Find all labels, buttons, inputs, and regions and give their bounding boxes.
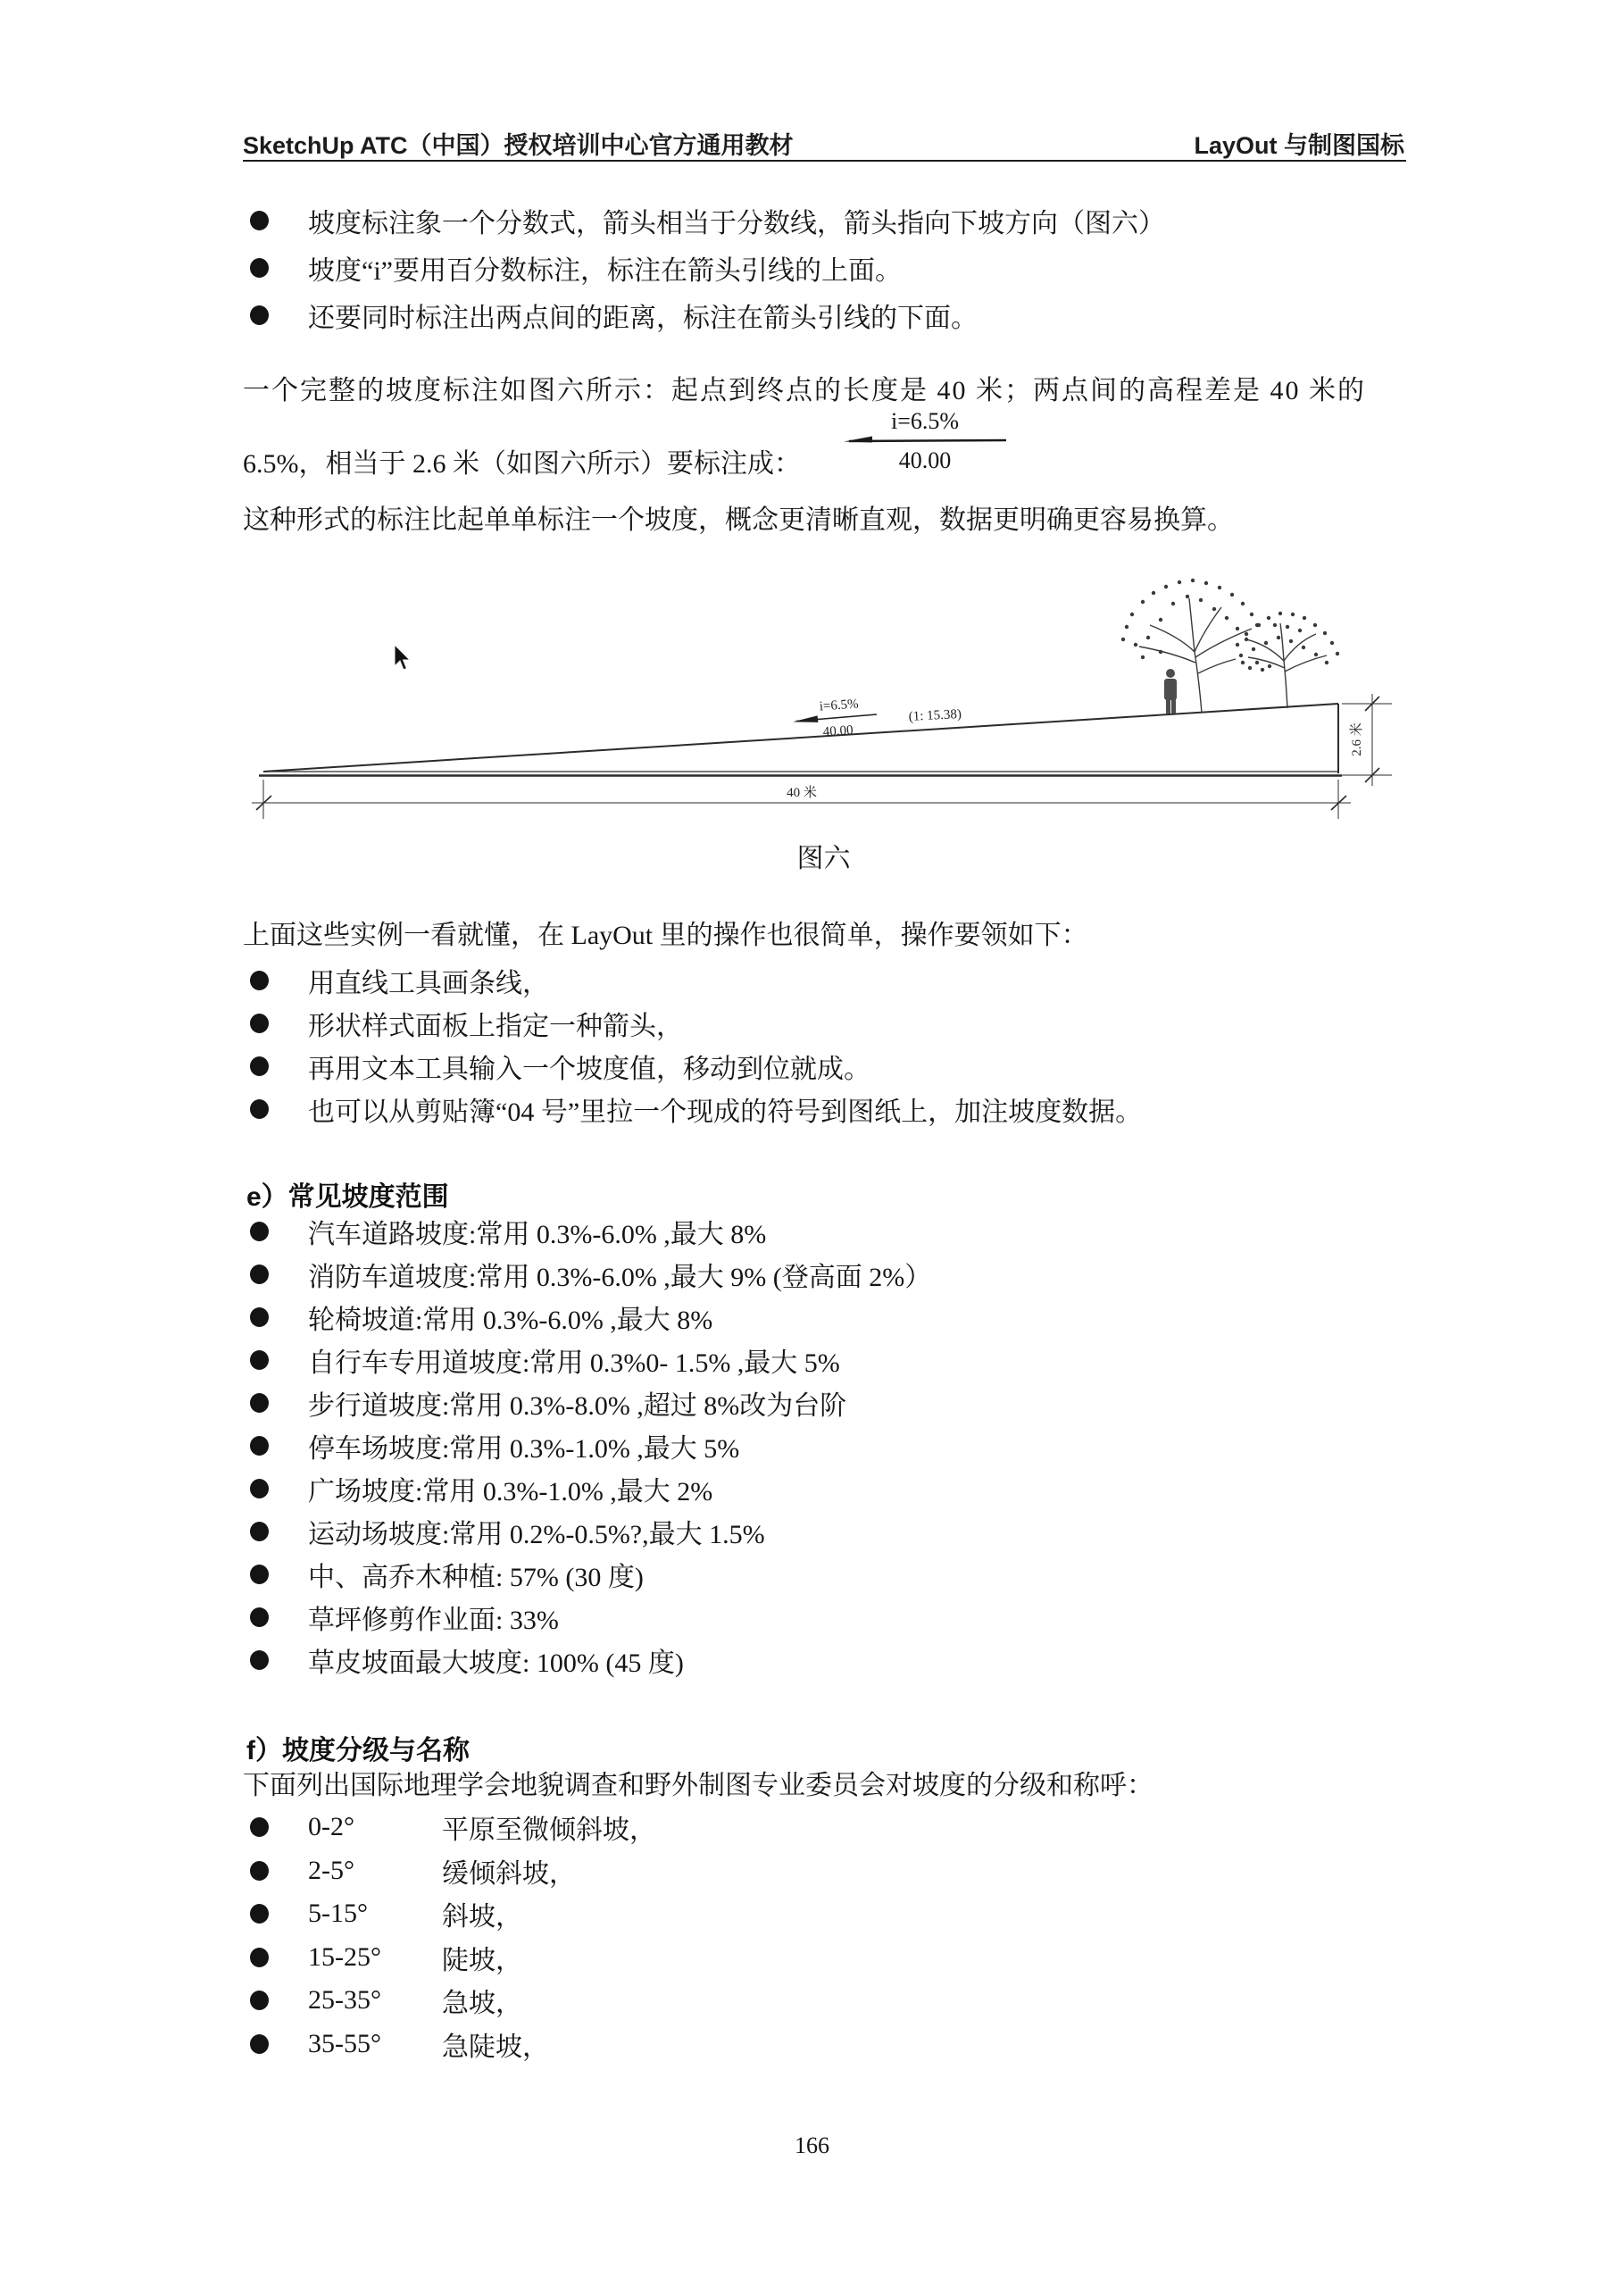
slope-range-item: 汽车道路坡度:常用 0.3%-6.0% ,最大 8% bbox=[243, 1210, 1421, 1253]
height-dimension-label: 2.6 米 bbox=[1349, 722, 1364, 756]
bullet-dot bbox=[250, 211, 269, 230]
slope-annotation-top: i=6.5% bbox=[819, 697, 859, 714]
slope-range-item: 停车场坡度:常用 0.3%-1.0% ,最大 5% bbox=[243, 1424, 1421, 1467]
bullet-dot bbox=[250, 1393, 269, 1413]
list-item-text: 坡度“i”要用百分数标注，标注在箭头引线的上面。 bbox=[308, 248, 902, 288]
bullet-dot bbox=[250, 1099, 269, 1119]
list-item-text: 中、高乔木种植: 57% (30 度) bbox=[308, 1555, 644, 1594]
bullet-dot bbox=[250, 258, 269, 278]
bullet-dot bbox=[250, 1350, 269, 1370]
list-item-text: 还要同时标注出两点间的距离，标注在箭头引线的下面。 bbox=[308, 296, 978, 335]
list-item-text: 自行车专用道坡度:常用 0.3%0- 1.5% ,最大 5% bbox=[308, 1340, 840, 1380]
operations-intro: 上面这些实例一看就懂，在 LayOut 里的操作也很简单，操作要领如下： bbox=[243, 918, 1412, 954]
grade-name: 急坡， bbox=[442, 1981, 522, 2020]
slope-range-item: 自行车专用道坡度:常用 0.3%0- 1.5% ,最大 5% bbox=[243, 1339, 1421, 1381]
bullet-dot bbox=[250, 1436, 269, 1456]
list-item-text: 消防车道坡度:常用 0.3%-6.0% ,最大 9% (登高面 2%） bbox=[308, 1255, 931, 1294]
slope-grade-item: 35-55°急陡坡， bbox=[243, 2023, 1421, 2066]
paragraph-line-1: 一个完整的坡度标注如图六所示：起点到终点的长度是 40 米；两点间的高程差是 4… bbox=[243, 373, 1412, 409]
bullet-dot bbox=[250, 1056, 269, 1076]
grade-range: 2-5° bbox=[308, 1856, 442, 1886]
header-right-title: LayOut 与制图国标 bbox=[1194, 126, 1404, 161]
list-item-text: 停车场坡度:常用 0.3%-1.0% ,最大 5% bbox=[308, 1426, 739, 1465]
list-item: 也可以从剪贴簿“04 号”里拉一个现成的符号到图纸上，加注坡度数据。 bbox=[243, 1088, 1421, 1131]
fraction-numerator: i=6.5% bbox=[891, 408, 959, 435]
slope-range-item: 步行道坡度:常用 0.3%-8.0% ,超过 8%改为台阶 bbox=[243, 1381, 1421, 1424]
list-item-text: 草坪修剪作业面: 33% bbox=[308, 1598, 559, 1637]
list-item-text: 草皮坡面最大坡度: 100% (45 度) bbox=[308, 1640, 684, 1680]
list-item: 形状样式面板上指定一种箭头， bbox=[243, 1002, 1421, 1045]
header-rule bbox=[243, 160, 1406, 162]
list-item: 坡度标注象一个分数式，箭头相当于分数线，箭头指向下坡方向（图六） bbox=[243, 196, 1421, 244]
grade-name: 急陡坡， bbox=[442, 2024, 549, 2064]
grade-range: 35-55° bbox=[308, 2029, 442, 2059]
slope-grade-item: 15-25°陡坡， bbox=[243, 1936, 1421, 1980]
list-item: 用直线工具画条线， bbox=[243, 959, 1421, 1002]
grade-range: 0-2° bbox=[308, 1812, 442, 1842]
section-f-intro: 下面列出国际地理学会地貌调查和野外制图专业委员会对坡度的分级和称呼： bbox=[243, 1768, 1412, 1804]
slope-range-item: 运动场坡度:常用 0.2%-0.5%?,最大 1.5% bbox=[243, 1510, 1421, 1553]
list-item: 再用文本工具输入一个坡度值，移动到位就成。 bbox=[243, 1045, 1421, 1088]
list-item-text: 轮椅坡道:常用 0.3%-6.0% ,最大 8% bbox=[308, 1298, 712, 1337]
width-dimension-label: 40 米 bbox=[787, 785, 817, 800]
slope-range-item: 广场坡度:常用 0.3%-1.0% ,最大 2% bbox=[243, 1467, 1421, 1510]
bullet-dot bbox=[250, 1991, 269, 2010]
bullet-dot bbox=[250, 1522, 269, 1541]
slope-grade-item: 5-15°斜坡， bbox=[243, 1892, 1421, 1936]
tree-icon bbox=[1121, 579, 1261, 713]
bullet-dot bbox=[250, 1607, 269, 1627]
intro-bullet-list: 坡度标注象一个分数式，箭头相当于分数线，箭头指向下坡方向（图六） 坡度“i”要用… bbox=[243, 196, 1421, 338]
bullet-dot bbox=[250, 1222, 269, 1241]
fraction-denominator: 40.00 bbox=[899, 447, 952, 474]
document-page: SketchUp ATC（中国）授权培训中心官方通用教材 LayOut 与制图国… bbox=[0, 0, 1624, 2287]
figure-six-diagram: 40 米 2.6 米 i=6.5% 40.00 (1: 15.38) bbox=[125, 563, 1536, 830]
section-e-bullet-list: 汽车道路坡度:常用 0.3%-6.0% ,最大 8% 消防车道坡度:常用 0.3… bbox=[243, 1210, 1421, 1682]
bullet-dot bbox=[250, 1014, 269, 1033]
slope-range-item: 消防车道坡度:常用 0.3%-6.0% ,最大 9% (登高面 2%） bbox=[243, 1253, 1421, 1296]
slope-fraction: i=6.5% 40.00 bbox=[840, 408, 1010, 474]
bullet-dot bbox=[250, 2034, 269, 2054]
bullet-dot bbox=[250, 971, 269, 990]
section-f-list: 0-2°平原至微倾斜坡， 2-5°缓倾斜坡， 5-15°斜坡， 15-25°陡坡… bbox=[243, 1806, 1421, 2066]
bullet-dot bbox=[250, 1817, 269, 1837]
slope-range-item: 草坪修剪作业面: 33% bbox=[243, 1596, 1421, 1639]
figure-caption: 图六 bbox=[243, 836, 1404, 875]
list-item-text: 步行道坡度:常用 0.3%-8.0% ,超过 8%改为台阶 bbox=[308, 1383, 846, 1423]
grade-name: 陡坡， bbox=[442, 1938, 522, 1977]
header-left-title: SketchUp ATC（中国）授权培训中心官方通用教材 bbox=[243, 126, 794, 161]
bullet-dot bbox=[250, 1307, 269, 1327]
bullet-dot bbox=[250, 1565, 269, 1584]
list-item-text: 再用文本工具输入一个坡度值，移动到位就成。 bbox=[308, 1047, 870, 1086]
grade-range: 15-25° bbox=[308, 1942, 442, 1973]
list-item-text: 坡度标注象一个分数式，箭头相当于分数线，箭头指向下坡方向（图六） bbox=[308, 201, 1165, 240]
list-item: 坡度“i”要用百分数标注，标注在箭头引线的上面。 bbox=[243, 244, 1421, 291]
section-f-heading: f）坡度分级与名称 bbox=[246, 1728, 470, 1767]
paragraph-line-3: 这种形式的标注比起单单标注一个坡度，概念更清晰直观，数据更明确更容易换算。 bbox=[243, 503, 1412, 538]
page-header: SketchUp ATC（中国）授权培训中心官方通用教材 LayOut 与制图国… bbox=[243, 126, 1404, 161]
grade-range: 25-35° bbox=[308, 1985, 442, 2016]
bullet-dot bbox=[250, 1904, 269, 1924]
bullet-dot bbox=[250, 1861, 269, 1881]
bullet-dot bbox=[250, 1650, 269, 1670]
list-item-text: 也可以从剪贴簿“04 号”里拉一个现成的符号到图纸上，加注坡度数据。 bbox=[308, 1089, 1142, 1129]
slope-line bbox=[263, 704, 1338, 772]
slope-annotation-bottom: 40.00 bbox=[822, 723, 854, 739]
slope-ratio-label: (1: 15.38) bbox=[908, 707, 962, 724]
paragraph-line-2: 6.5%，相当于 2.6 米（如图六所示）要标注成： bbox=[243, 447, 801, 482]
grade-name: 斜坡， bbox=[442, 1894, 522, 1933]
slope-range-item: 中、高乔木种植: 57% (30 度) bbox=[243, 1553, 1421, 1596]
list-item-text: 用直线工具画条线， bbox=[308, 961, 549, 1000]
list-item: 还要同时标注出两点间的距离，标注在箭头引线的下面。 bbox=[243, 291, 1421, 338]
grade-name: 平原至微倾斜坡， bbox=[442, 1807, 656, 1847]
fraction-arrow-icon bbox=[842, 435, 1008, 447]
operations-bullet-list: 用直线工具画条线， 形状样式面板上指定一种箭头， 再用文本工具输入一个坡度值，移… bbox=[243, 959, 1421, 1131]
list-item-text: 形状样式面板上指定一种箭头， bbox=[308, 1004, 683, 1043]
list-item-text: 汽车道路坡度:常用 0.3%-6.0% ,最大 8% bbox=[308, 1212, 766, 1251]
slope-range-item: 草皮坡面最大坡度: 100% (45 度) bbox=[243, 1639, 1421, 1682]
tree-icon bbox=[1236, 612, 1339, 708]
bullet-dot bbox=[250, 305, 269, 325]
person-icon bbox=[1164, 669, 1177, 714]
bullet-dot bbox=[250, 1479, 269, 1498]
list-item-text: 广场坡度:常用 0.3%-1.0% ,最大 2% bbox=[308, 1469, 712, 1508]
slope-range-item: 轮椅坡道:常用 0.3%-6.0% ,最大 8% bbox=[243, 1296, 1421, 1339]
slope-grade-item: 25-35°急坡， bbox=[243, 1979, 1421, 2023]
grade-range: 5-15° bbox=[308, 1899, 442, 1929]
page-number: 166 bbox=[0, 2133, 1624, 2159]
list-item-text: 运动场坡度:常用 0.2%-0.5%?,最大 1.5% bbox=[308, 1512, 765, 1551]
slope-grade-item: 2-5°缓倾斜坡， bbox=[243, 1849, 1421, 1893]
grade-name: 缓倾斜坡， bbox=[442, 1851, 576, 1891]
bullet-dot bbox=[250, 1265, 269, 1284]
slope-grade-item: 0-2°平原至微倾斜坡， bbox=[243, 1806, 1421, 1849]
section-e-heading: e）常见坡度范围 bbox=[246, 1174, 449, 1214]
bullet-dot bbox=[250, 1948, 269, 1967]
mouse-cursor-icon bbox=[395, 645, 410, 670]
